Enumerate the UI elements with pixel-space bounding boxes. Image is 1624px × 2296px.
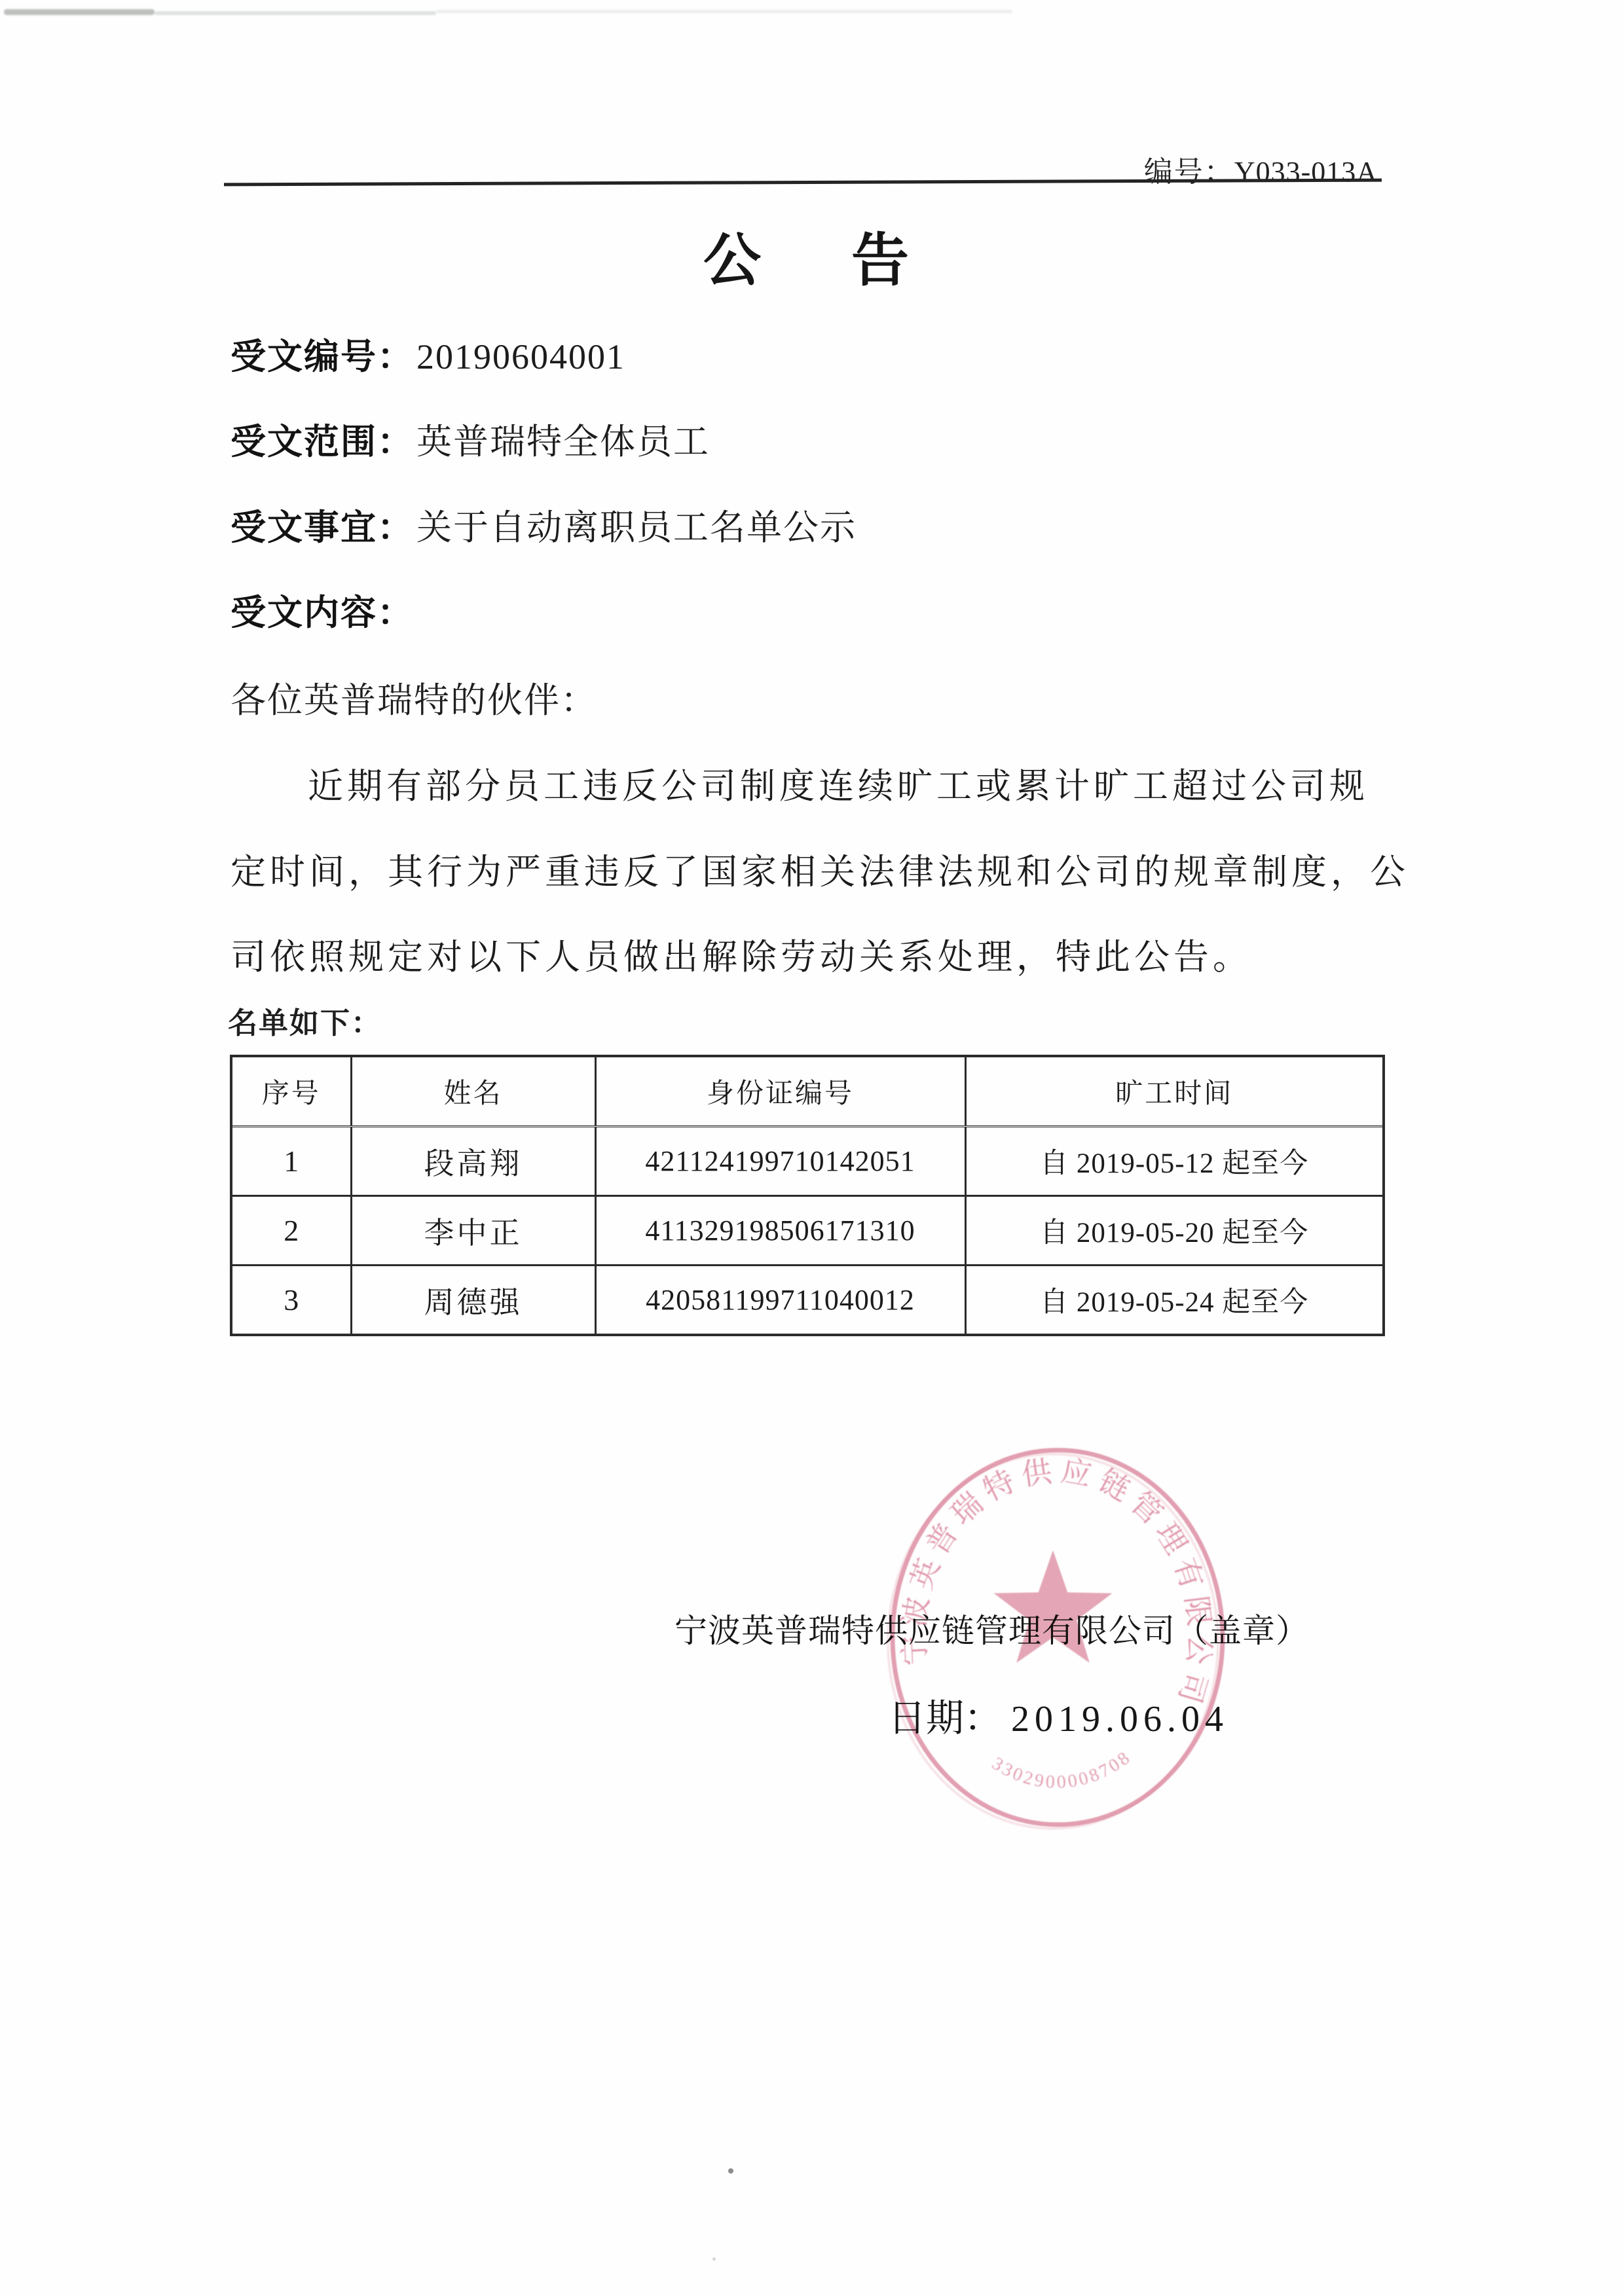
body-paragraph: 近期有部分员工违反公司制度连续旷工或累计旷工超过公司规定时间，其行为严重违反了国… — [231, 769, 1429, 1025]
scan-speck — [728, 2168, 733, 2174]
table-cell: 2 — [231, 1196, 351, 1266]
table-cell: 周德强 — [351, 1266, 595, 1336]
seal-number: 3302900008708 — [988, 1747, 1135, 1793]
company-seal-graphic: 宁波英普瑞特供应链管理有限公司 3302900008708 — [887, 1444, 1228, 1831]
roster-table-body: 1段高翔421124199710142051自 2019-05-12 起至今2李… — [231, 1127, 1384, 1336]
company-seal: 宁波英普瑞特供应链管理有限公司 3302900008708 — [887, 1444, 1228, 1831]
scan-smudge — [4, 9, 155, 15]
doc-title: 公 告 — [0, 233, 1624, 291]
field-value: 20190604001 — [416, 337, 625, 376]
table-row: 2李中正411329198506171310自 2019-05-20 起至今 — [231, 1196, 1384, 1266]
table-header-cell: 旷工时间 — [965, 1056, 1384, 1127]
body-line: 定时间，其行为严重违反了国家相关法律法规和公司的规章制度，公 — [231, 854, 1429, 940]
field-rows: 受文编号：20190604001 受文范围：英普瑞特全体员工 受文事宜：关于自动… — [231, 339, 857, 681]
doc-ref-label: 编号： — [1144, 156, 1234, 188]
body-line: 司依照规定对以下人员做出解除劳动关系处理，特此公告。 — [231, 939, 1429, 1025]
field-row: 受文范围：英普瑞特全体员工 — [231, 424, 857, 509]
table-cell: 420581199711040012 — [595, 1266, 965, 1336]
table-cell: 411329198506171310 — [595, 1196, 965, 1266]
scan-smudge — [436, 10, 1012, 13]
svg-text:3302900008708: 3302900008708 — [988, 1747, 1135, 1793]
table-row: 1段高翔421124199710142051自 2019-05-12 起至今 — [231, 1127, 1384, 1196]
table-cell: 421124199710142051 — [595, 1127, 965, 1196]
field-label: 受文内容： — [231, 593, 414, 632]
field-row: 受文编号：20190604001 — [231, 339, 857, 424]
table-header-cell: 姓名 — [351, 1056, 595, 1127]
greeting-line: 各位英普瑞特的伙伴： — [231, 683, 597, 718]
table-cell: 自 2019-05-12 起至今 — [965, 1127, 1384, 1196]
table-cell: 自 2019-05-20 起至今 — [965, 1196, 1384, 1266]
seal-star-icon — [994, 1550, 1113, 1663]
table-cell: 李中正 — [351, 1196, 595, 1266]
field-row: 受文事宜：关于自动离职员工名单公示 — [231, 510, 857, 595]
list-label: 名单如下： — [228, 1009, 382, 1038]
table-header-cell: 序号 — [231, 1056, 351, 1127]
field-value: 关于自动离职员工名单公示 — [416, 508, 857, 547]
table-cell: 自 2019-05-24 起至今 — [965, 1266, 1384, 1336]
field-label: 受文范围： — [231, 422, 414, 462]
doc-ref-number: 编号：Y033-013A — [1144, 148, 1378, 190]
scan-smudge — [155, 11, 436, 15]
table-header-cell: 身份证编号 — [595, 1056, 965, 1127]
field-value: 英普瑞特全体员工 — [416, 422, 710, 462]
roster-table-header: 序号姓名身份证编号旷工时间 — [231, 1056, 1384, 1127]
body-line: 近期有部分员工违反公司制度连续旷工或累计旷工超过公司规 — [231, 769, 1429, 854]
field-label: 受文编号： — [231, 337, 414, 376]
document-page: 编号：Y033-013A 公 告 受文编号：20190604001 受文范围：英… — [0, 0, 1624, 2296]
roster-table: 序号姓名身份证编号旷工时间 1段高翔421124199710142051自 20… — [230, 1055, 1385, 1336]
table-header-row: 序号姓名身份证编号旷工时间 — [231, 1056, 1384, 1127]
table-cell: 段高翔 — [351, 1127, 595, 1196]
field-label: 受文事宜： — [231, 508, 414, 547]
table-cell: 3 — [231, 1266, 351, 1336]
field-row: 受文内容： — [231, 595, 857, 680]
doc-ref-value: Y033-013A — [1234, 156, 1378, 188]
table-cell: 1 — [231, 1127, 351, 1196]
scan-speck — [712, 2257, 716, 2261]
table-row: 3周德强420581199711040012自 2019-05-24 起至今 — [231, 1266, 1384, 1336]
